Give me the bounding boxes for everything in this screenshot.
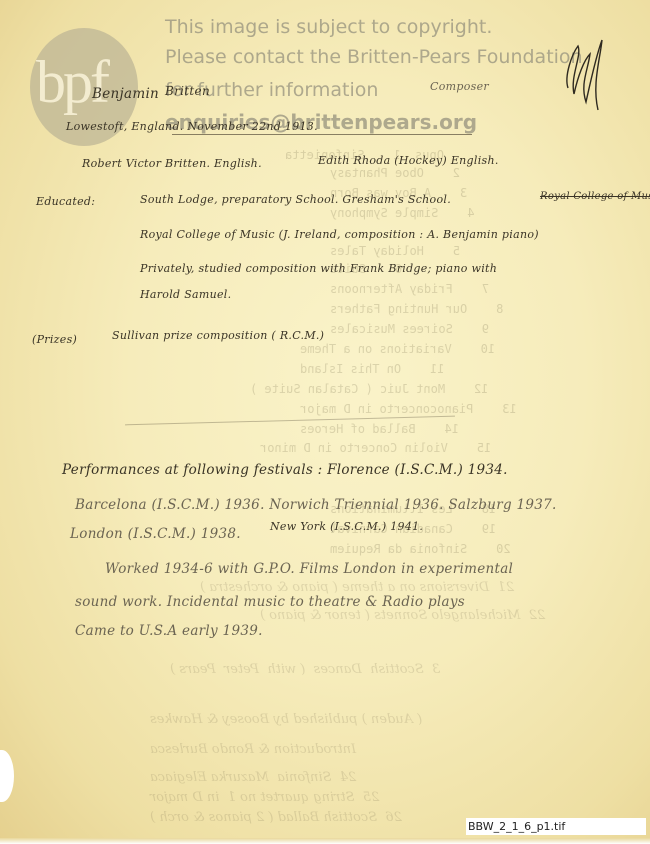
mother: Edith Rhoda (Hockey) English.: [318, 154, 499, 167]
bleed-hand-line: 25 String quartet no 1 in D major: [150, 790, 379, 805]
scanned-document-page: Opus 1 Sinfonietta 2 Oboe Phantasy 3 A B…: [0, 0, 650, 844]
initials-signature-icon: [560, 36, 610, 116]
prizes-text: Sullivan prize composition ( R.C.M.): [112, 329, 324, 342]
bleed-hand-line: 24 Sinfonia Mazurka Elegiaca: [150, 770, 356, 785]
bleed-hand-line: Introduction & Rondo Burlesca: [150, 742, 356, 757]
bleed-hand-line: 22 Michelangelo Sonnets ( tenor & piano …: [260, 608, 545, 623]
performances-line-2: Barcelona (I.S.C.M.) 1936. Norwich Trien…: [75, 497, 557, 513]
bleed-line: 4 Simple Symphony: [330, 206, 525, 220]
watermark-copyright-line: This image is subject to copyright.: [165, 16, 492, 38]
work-line-2: sound work. Incidental music to theatre …: [75, 594, 465, 610]
surname: Britten: [165, 84, 210, 98]
bleed-hand-line: 21 Diversions on a theme ( piano & orche…: [200, 580, 514, 595]
bleed-line: 7 Friday Afternoons: [330, 282, 540, 296]
bleed-line: 13 Pianoconcerto in D major: [300, 402, 560, 416]
prizes-label: (Prizes): [32, 333, 77, 346]
bleed-line: 14 Ballad of Heroes: [300, 422, 502, 436]
bleed-line: 8 Our Hunting Fathers: [330, 302, 554, 316]
bleed-line: 11 On This Island: [300, 362, 488, 376]
bleed-line: 20 Sinfonia da Requiem: [330, 542, 554, 556]
work-line-1: Worked 1934-6 with G.P.O. Films London i…: [105, 561, 513, 577]
bleed-line: 9 Soirees Musicales: [330, 322, 540, 336]
bleed-hand-line: 26 Scottish Ballad ( 2 pianos & orch ): [150, 810, 402, 825]
bleed-line: 2 Oboe Phantasy: [330, 166, 511, 180]
education-line-2: Royal College of Music (J. Ireland, comp…: [140, 228, 539, 241]
bleed-line: 5 Holiday Tales: [330, 244, 511, 258]
father: Robert Victor Britten. English.: [82, 157, 262, 170]
given-name: Benjamin: [92, 86, 159, 102]
bleed-hand-line: ( Auden ) published by Boosey & Hawkes: [150, 712, 422, 727]
bleed-line: 10 Variations on a Theme: [300, 342, 538, 356]
education-line-3: Privately, studied composition with Fran…: [140, 262, 497, 275]
education-struck-text: Royal College of Music: [540, 191, 650, 202]
bleed-hand-line: 3 Scottish Dances ( with Peter Pears ): [170, 662, 440, 677]
watermark-logo: bpf: [36, 48, 107, 117]
work-line-3: Came to U.S.A early 1939.: [75, 623, 263, 639]
education-line-4: Harold Samuel.: [140, 288, 231, 301]
education-line-1: South Lodge, preparatory School. Gresham…: [140, 193, 451, 206]
performances-line-3: London (I.S.C.M.) 1938.: [70, 526, 241, 542]
watermark-email-underline: [172, 134, 472, 135]
watermark-contact-line: Please contact the Britten-Pears Foundat…: [165, 46, 583, 68]
filename-label: BBW_2_1_6_p1.tif: [466, 818, 646, 835]
page-edge-tear: [0, 750, 14, 802]
birth-place-date: Lowestoft, England. November 22nd 1913.: [66, 120, 318, 133]
page-bottom-edge: [0, 838, 650, 844]
performances-line-1: Performances at following festivals : Fl…: [62, 462, 508, 478]
bleed-line: 12 Mont Juic ( Catalan Suite ): [250, 382, 532, 396]
occupation: Composer: [430, 80, 489, 93]
performances-line-4: New York (I.S.C.M.) 1941.: [270, 520, 423, 533]
education-label: Educated:: [36, 195, 95, 208]
bleed-line: 15 Violin Concerto in D minor: [260, 441, 535, 455]
